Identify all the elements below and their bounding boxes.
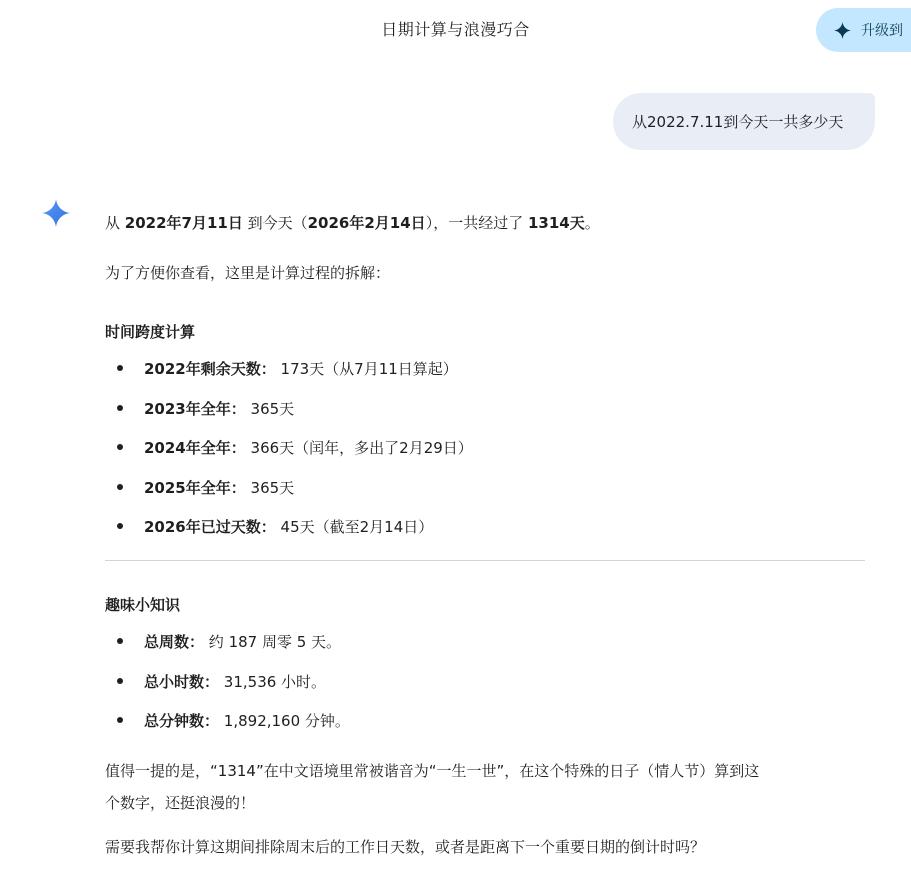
list-item: 2022年剩余天数： 173天（从7月11日算起） (144, 358, 458, 379)
user-message-text: 从2022.7.11到今天一共多少天 (632, 111, 843, 132)
list-item: 2026年已过天数： 45天（截至2月14日） (144, 516, 433, 537)
note-text-line1: 值得一提的是，“1314”在中文语境里常被谐音为“一生一世”，在这个特殊的日子（… (105, 760, 759, 781)
bullet-icon (117, 678, 123, 684)
followup-question: 需要我帮你计算这期间排除周末后的工作日天数，或者是距离下一个重要日期的倒计时吗？ (105, 836, 705, 857)
bullet-icon (117, 717, 123, 723)
list-item: 总分钟数： 1,892,160 分钟。 (144, 710, 350, 731)
gemini-sparkle-icon (42, 199, 70, 227)
bullet-icon (117, 365, 123, 371)
list-item: 总周数： 约 187 周零 5 天。 (144, 631, 341, 652)
section-heading-time-span: 时间跨度计算 (105, 321, 195, 342)
summary-line: 从 2022年7月11日 到今天（2026年2月14日），一共经过了 1314天… (105, 212, 600, 233)
section-heading-fun-facts: 趣味小知识 (105, 594, 180, 615)
note-text-line2: 个数字，还挺浪漫的！ (105, 792, 255, 813)
list-item: 2023年全年： 365天 (144, 398, 294, 419)
total-days: 1314天 (528, 214, 585, 232)
intro-text: 为了方便你查看，这里是计算过程的拆解： (105, 262, 390, 283)
sparkle-icon (834, 22, 851, 39)
bullet-icon (117, 638, 123, 644)
today-date: 2026年2月14日 (308, 214, 426, 232)
list-item: 总小时数： 31,536 小时。 (144, 671, 326, 692)
list-item: 2025年全年： 365天 (144, 477, 294, 498)
bullet-icon (117, 444, 123, 450)
bullet-icon (117, 523, 123, 529)
upgrade-button[interactable]: 升级到 (816, 8, 911, 52)
list-item: 2024年全年： 366天（闰年，多出了2月29日） (144, 437, 473, 458)
bullet-icon (117, 405, 123, 411)
divider (105, 560, 865, 561)
bullet-icon (117, 484, 123, 490)
upgrade-label: 升级到 (861, 20, 903, 40)
user-message-bubble: 从2022.7.11到今天一共多少天 (613, 93, 875, 150)
start-date: 2022年7月11日 (125, 214, 243, 232)
conversation-title: 日期计算与浪漫巧合 (0, 17, 911, 40)
